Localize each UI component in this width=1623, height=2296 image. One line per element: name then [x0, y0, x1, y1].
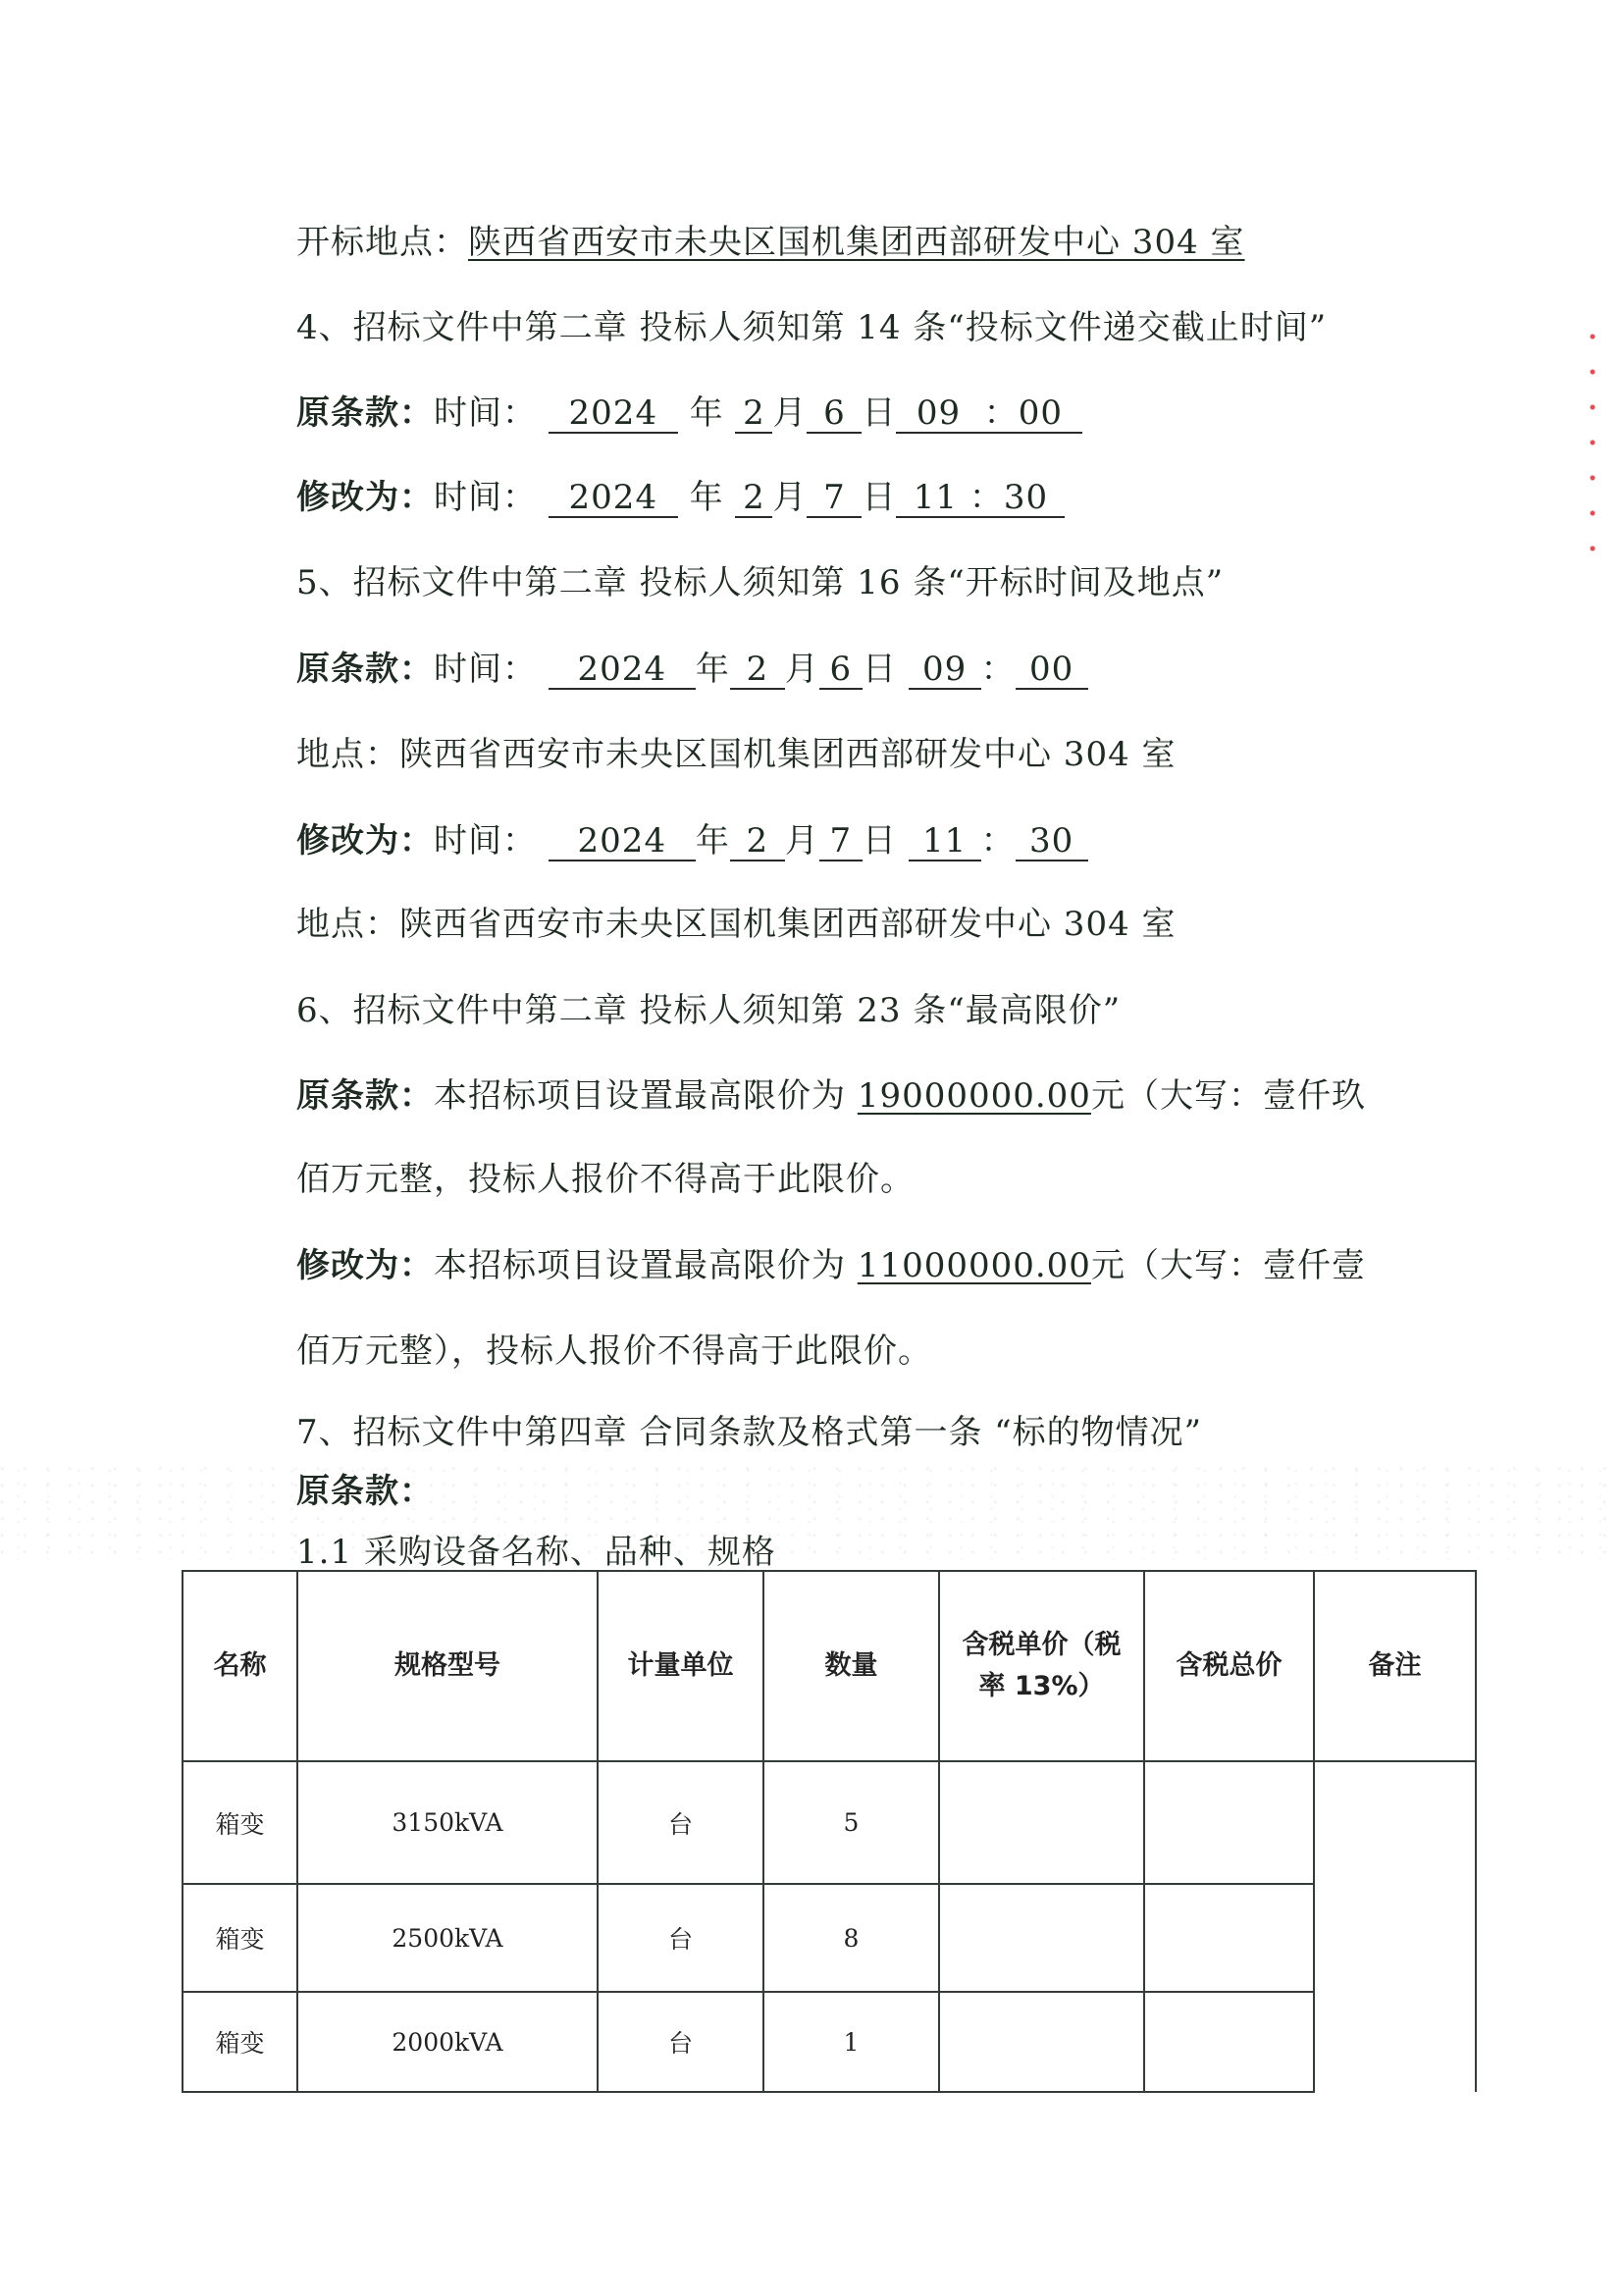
- table-header-row: 名称 规格型号 计量单位 数量 含税单价（税率 13%） 含税总价 备注: [183, 1571, 1476, 1761]
- original-clause-label: 原条款：: [296, 1470, 434, 1513]
- time-label: 时间：: [434, 821, 537, 861]
- header-unit-price: 含税单价（税率 13%）: [939, 1571, 1144, 1761]
- day-value: 7: [807, 479, 862, 518]
- item4-original-line: 原条款：时间： 2024 年 2月6日09 ：00: [296, 391, 1082, 435]
- item4-heading: 4、招标文件中第二章 投标人须知第 14 条“投标文件递交截止时间”: [296, 306, 1327, 349]
- opening-location-label: 开标地点：: [296, 223, 468, 262]
- opening-location-value: 陕西省西安市未央区国机集团西部研发中心 304 室: [468, 223, 1245, 262]
- time-label: 时间：: [434, 393, 537, 433]
- time-label: 时间：: [434, 650, 537, 689]
- cell-total: [1144, 1761, 1314, 1884]
- cell-unit-price: [939, 1884, 1144, 1992]
- modified-clause-label: 修改为：: [296, 478, 434, 517]
- month-unit: 月: [785, 650, 819, 689]
- day-value: 6: [819, 651, 863, 690]
- price-amount: 19000000.00: [858, 1076, 1091, 1116]
- item6-modified-line: 修改为：本招标项目设置最高限价为 11000000.00元（大写：壹仟壹: [296, 1244, 1366, 1287]
- time-value: 09 ：00: [896, 394, 1082, 434]
- year-value: 2024: [549, 479, 678, 518]
- opening-location-line: 开标地点：陕西省西安市未央区国机集团西部研发中心 304 室: [296, 221, 1245, 264]
- year-unit: 年: [690, 478, 724, 517]
- month-unit: 月: [772, 393, 807, 433]
- day-unit: 日: [862, 478, 896, 517]
- day-value: 7: [819, 822, 863, 861]
- minute-value: 30: [1004, 478, 1048, 517]
- month-unit: 月: [785, 821, 819, 861]
- document-page: 开标地点：陕西省西安市未央区国机集团西部研发中心 304 室 4、招标文件中第二…: [0, 0, 1623, 2296]
- item6-original-line2: 佰万元整，投标人报价不得高于此限价。: [296, 1158, 915, 1201]
- month-value: 2: [730, 822, 785, 861]
- cell-name: 箱变: [183, 1761, 297, 1884]
- cell-name: 箱变: [183, 1992, 297, 2092]
- year-value: 2024: [549, 394, 678, 434]
- cell-remark: [1314, 1761, 1476, 2092]
- hour-value: 11: [914, 478, 958, 517]
- header-remark: 备注: [1314, 1571, 1476, 1761]
- day-value: 6: [807, 394, 862, 434]
- clause-text-after: 元（大写：壹仟壹: [1091, 1246, 1366, 1285]
- cell-total: [1144, 1884, 1314, 1992]
- modified-clause-label: 修改为：: [296, 1246, 434, 1285]
- item4-modified-line: 修改为：时间： 2024 年 2月7日11 ：30: [296, 476, 1065, 519]
- cell-unit-price: [939, 1992, 1144, 2092]
- item5-original-line: 原条款：时间： 2024年2月6日 09：00: [296, 648, 1088, 691]
- seal-edge-marks: [1588, 319, 1597, 564]
- time-separator: ：: [981, 650, 1016, 689]
- cell-qty: 8: [763, 1884, 939, 1992]
- year-unit: 年: [696, 821, 730, 861]
- month-value: 2: [730, 651, 785, 690]
- item5-modified-line: 修改为：时间： 2024年2月7日 11：30: [296, 819, 1088, 862]
- equipment-table: 名称 规格型号 计量单位 数量 含税单价（税率 13%） 含税总价 备注 箱变 …: [182, 1570, 1477, 2093]
- clause-text-after: 元（大写：壹仟玖: [1091, 1076, 1366, 1116]
- hour-value: 09: [916, 393, 961, 433]
- item7-heading: 7、招标文件中第四章 合同条款及格式第一条 “标的物情况”: [296, 1411, 1202, 1454]
- minute-value: 00: [1019, 393, 1063, 433]
- item6-original-line: 原条款：本招标项目设置最高限价为 19000000.00元（大写：壹仟玖: [296, 1074, 1366, 1118]
- cell-qty: 1: [763, 1992, 939, 2092]
- cell-unit: 台: [598, 1761, 763, 1884]
- header-total: 含税总价: [1144, 1571, 1314, 1761]
- cell-total: [1144, 1992, 1314, 2092]
- time-value: 11 ：30: [896, 479, 1065, 518]
- header-spec: 规格型号: [297, 1571, 598, 1761]
- day-unit: 日: [863, 650, 897, 689]
- cell-qty: 5: [763, 1761, 939, 1884]
- hour-value: 11: [909, 822, 981, 861]
- original-clause-label: 原条款：: [296, 393, 434, 433]
- cell-unit: 台: [598, 1884, 763, 1992]
- year-value: 2024: [549, 822, 696, 861]
- month-value: 2: [735, 394, 772, 434]
- header-qty: 数量: [763, 1571, 939, 1761]
- cell-unit: 台: [598, 1992, 763, 2092]
- item6-heading: 6、招标文件中第二章 投标人须知第 23 条“最高限价”: [296, 989, 1121, 1032]
- year-unit: 年: [696, 650, 730, 689]
- month-value: 2: [735, 479, 772, 518]
- year-unit: 年: [690, 393, 724, 433]
- item7-subheading: 1.1 采购设备名称、品种、规格: [296, 1531, 776, 1574]
- minute-value: 30: [1016, 822, 1088, 861]
- header-unit: 计量单位: [598, 1571, 763, 1761]
- item5-heading: 5、招标文件中第二章 投标人须知第 16 条“开标时间及地点”: [296, 561, 1224, 604]
- original-clause-label: 原条款：: [296, 650, 434, 689]
- time-separator: ：: [969, 478, 1004, 517]
- month-unit: 月: [772, 478, 807, 517]
- original-clause-label: 原条款：: [296, 1076, 434, 1116]
- cell-spec: 3150kVA: [297, 1761, 598, 1884]
- hour-value: 09: [909, 651, 981, 690]
- cell-name: 箱变: [183, 1884, 297, 1992]
- time-separator: ：: [984, 393, 1019, 433]
- scan-noise: [0, 1462, 1623, 1560]
- clause-text: 本招标项目设置最高限价为: [434, 1246, 858, 1285]
- item6-modified-line2: 佰万元整），投标人报价不得高于此限价。: [296, 1330, 932, 1373]
- time-label: 时间：: [434, 478, 537, 517]
- table-row: 箱变 2500kVA 台 8: [183, 1884, 1476, 1992]
- table-row: 箱变 3150kVA 台 5: [183, 1761, 1476, 1884]
- table-row: 箱变 2000kVA 台 1: [183, 1992, 1476, 2092]
- modified-clause-label: 修改为：: [296, 821, 434, 861]
- item5-modified-location: 地点：陕西省西安市未央区国机集团西部研发中心 304 室: [296, 903, 1177, 946]
- header-name: 名称: [183, 1571, 297, 1761]
- cell-spec: 2000kVA: [297, 1992, 598, 2092]
- cell-spec: 2500kVA: [297, 1884, 598, 1992]
- time-separator: ：: [981, 821, 1016, 861]
- year-value: 2024: [549, 651, 696, 690]
- cell-unit-price: [939, 1761, 1144, 1884]
- clause-text: 本招标项目设置最高限价为: [434, 1076, 858, 1116]
- minute-value: 00: [1016, 651, 1088, 690]
- item5-original-location: 地点：陕西省西安市未央区国机集团西部研发中心 304 室: [296, 733, 1177, 776]
- day-unit: 日: [862, 393, 896, 433]
- day-unit: 日: [863, 821, 897, 861]
- price-amount: 11000000.00: [858, 1246, 1091, 1285]
